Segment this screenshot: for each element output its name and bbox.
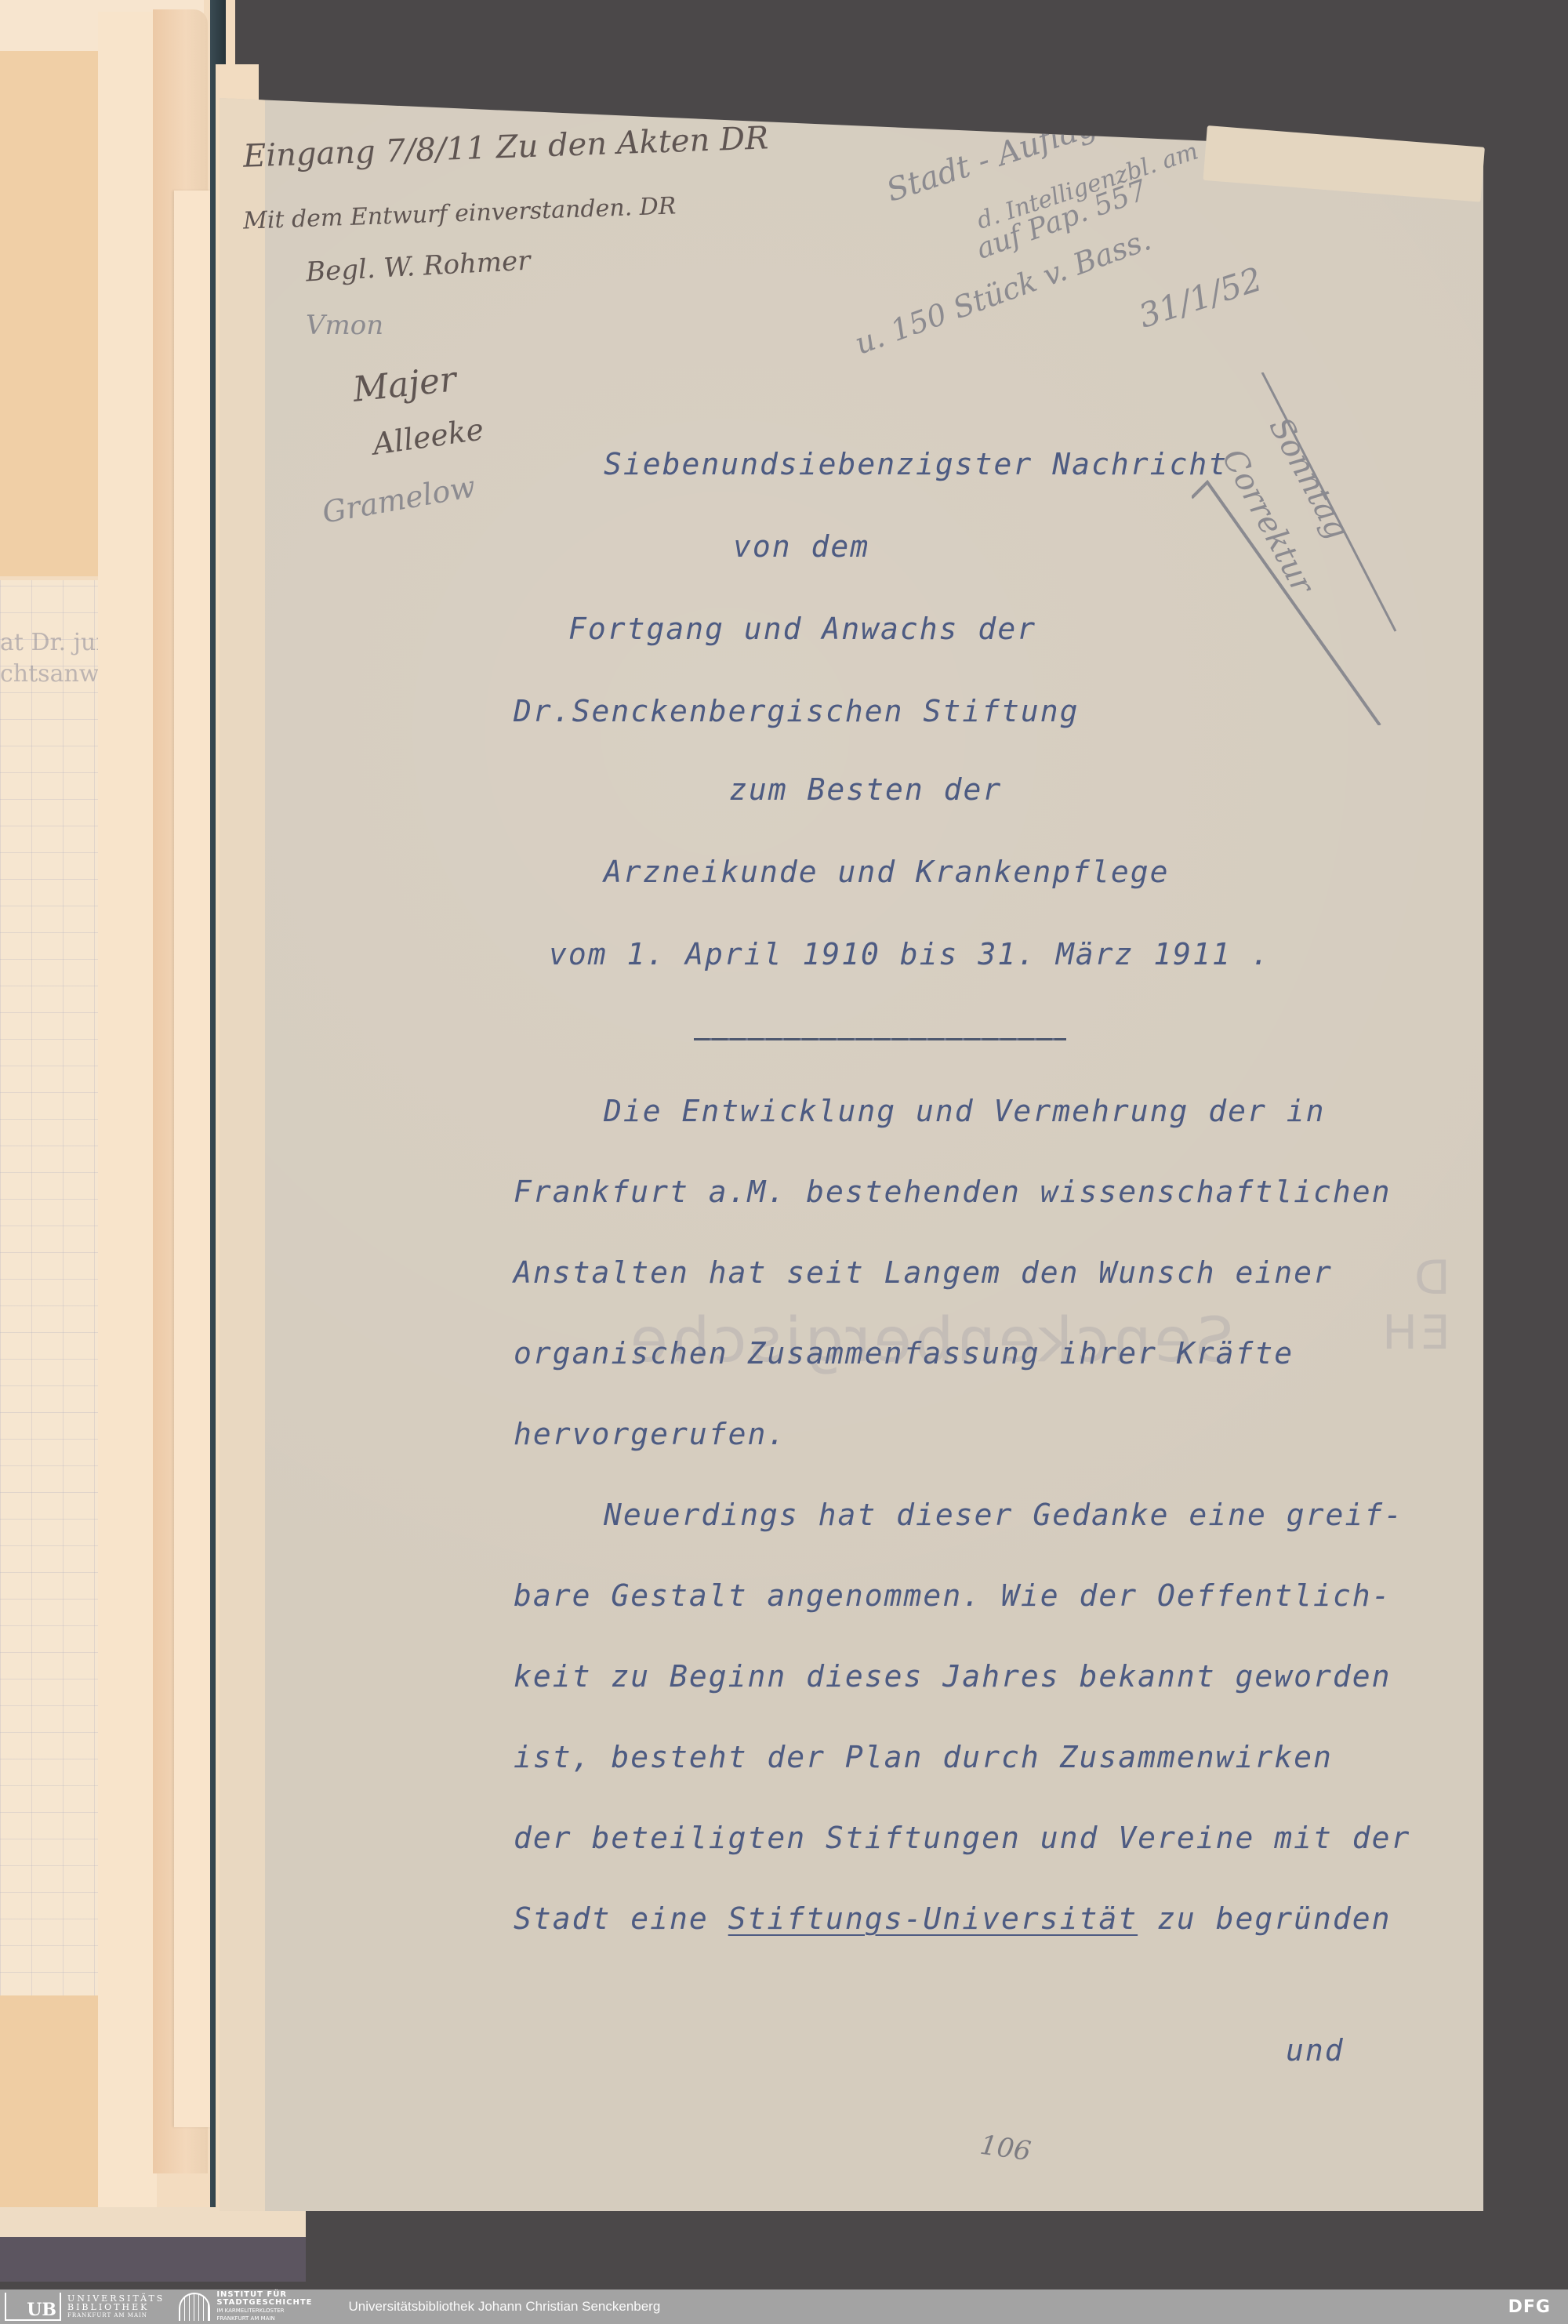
page-left-margin bbox=[220, 98, 265, 2211]
paragraph-1-line-1: Die Entwicklung und Vermehrung der in bbox=[604, 1094, 1325, 1128]
dfg-logo[interactable]: DFG bbox=[1508, 2297, 1551, 2317]
heading-line-7: vom 1. April 1910 bis 31. März 1911 . bbox=[549, 937, 1270, 971]
isg-arch-icon bbox=[179, 2293, 210, 2321]
ub-logo-mark-icon: UB bbox=[5, 2293, 61, 2321]
handwritten-note-certified: Begl. W. Rohmer bbox=[305, 245, 531, 289]
document-page: Eingang 7/8/11 Zu den Akten DR Mit dem E… bbox=[220, 98, 1483, 2211]
handwritten-signature-4: Gramelow bbox=[320, 469, 478, 530]
paragraph-2-line-3: keit zu Beginn dieses Jahres bekannt gew… bbox=[514, 1659, 1392, 1694]
folder-ghost-text: at Dr. jur chtsanwalt bbox=[0, 627, 110, 690]
handwritten-note-approved: Mit dem Entwurf einverstanden. DR bbox=[243, 192, 677, 234]
heading-line-5: zum Besten der bbox=[729, 772, 1002, 807]
separator-line bbox=[694, 1038, 1066, 1040]
heading-line-2: von dem bbox=[733, 529, 869, 564]
page-number: 106 bbox=[978, 2130, 1033, 2168]
pencil-note-date: 31/1/52 bbox=[1134, 260, 1266, 336]
handwritten-note-received: Eingang 7/8/11 Zu den Akten DR bbox=[242, 120, 769, 174]
paragraph-1-line-2: Frankfurt a.M. bestehenden wissenschaftl… bbox=[514, 1175, 1392, 1209]
isg-logo[interactable]: INSTITUT FÜR STADTGESCHICHTE IM KARMELIT… bbox=[179, 2291, 312, 2322]
handwritten-signature-3: Alleeke bbox=[371, 412, 486, 461]
paragraph-1-line-3: Anstalten hat seit Langem den Wunsch ein… bbox=[514, 1255, 1333, 1290]
pencil-strike-lines bbox=[1192, 372, 1427, 725]
library-title: Universitätsbibliothek Johann Christian … bbox=[348, 2299, 660, 2315]
handwritten-signature-1: Vmon bbox=[306, 310, 383, 341]
folder-slip bbox=[174, 191, 212, 2127]
folder-stack: at Dr. jur chtsanwalt bbox=[0, 0, 235, 2282]
viewer-footer: UB UNIVERSITÄTS BIBLIOTHEK FRANKFURT AM … bbox=[0, 2290, 1568, 2324]
paragraph-2-line-6: Stadt eine Stiftungs-Universität zu begr… bbox=[514, 1901, 1392, 1936]
paragraph-2-line-2: bare Gestalt angenommen. Wie der Oeffent… bbox=[514, 1578, 1392, 1613]
heading-line-3: Fortgang und Anwachs der bbox=[568, 612, 1036, 646]
catchword: und bbox=[1286, 2033, 1345, 2068]
handwritten-signature-2: Majer bbox=[351, 359, 459, 410]
heading-line-1: Siebenundsiebenzigster Nachricht bbox=[604, 447, 1228, 481]
paragraph-2-line-5: der beteiligten Stiftungen und Vereine m… bbox=[514, 1821, 1410, 1855]
folder-sheet-tan bbox=[0, 51, 100, 576]
folder-sheet-cream bbox=[98, 12, 157, 2207]
paragraph-2-line-1: Neuerdings hat dieser Gedanke eine greif… bbox=[604, 1498, 1403, 1532]
stamp-bleed-through-2: D EH bbox=[1372, 1251, 1450, 1360]
ub-logo[interactable]: UB UNIVERSITÄTS BIBLIOTHEK FRANKFURT AM … bbox=[5, 2291, 165, 2322]
paragraph-2-line-4: ist, besteht der Plan durch Zusammenwirk… bbox=[514, 1740, 1333, 1774]
heading-line-4: Dr.Senckenbergischen Stiftung bbox=[514, 694, 1079, 728]
heading-line-6: Arzneikunde und Krankenpflege bbox=[604, 855, 1169, 889]
paragraph-1-line-5: hervorgerufen. bbox=[514, 1417, 786, 1451]
paragraph-1-line-4: organischen Zusammenfassung ihrer Kräfte bbox=[514, 1336, 1294, 1371]
folder-bottom-edge bbox=[0, 2207, 306, 2282]
underlined-term: Stiftungs-Universität bbox=[728, 1901, 1138, 1936]
